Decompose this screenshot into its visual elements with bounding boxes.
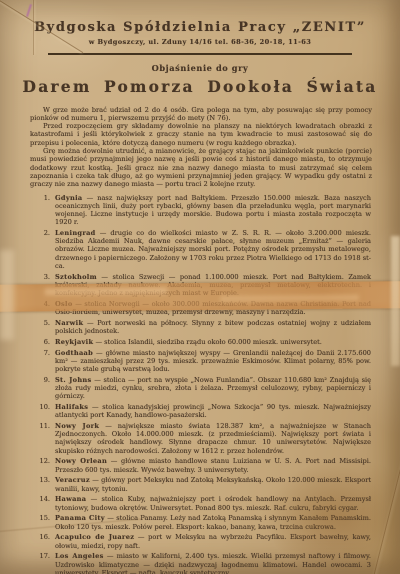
intro-paragraph-1: W grze może brać udział od 2 do 4 osób. … <box>30 106 372 123</box>
city-name: Nowy Orlean <box>55 457 107 465</box>
city-name: Hawana <box>55 495 86 503</box>
list-item: 5.Narwik — Port norweski na północy. Sły… <box>36 319 371 335</box>
city-name: Leningrad <box>55 229 96 237</box>
list-item: 7.Godthaab — główne miasto największej w… <box>36 349 371 374</box>
intro-paragraph-2: Przed rozpoczęciem gry składamy dowolnie… <box>30 122 372 147</box>
item-number: 14. <box>36 495 50 511</box>
document-subtitle: Objaśnienie do gry <box>0 63 400 73</box>
paper-stain <box>250 455 400 574</box>
item-number: 10. <box>36 403 50 419</box>
tape-highlight <box>220 295 359 302</box>
item-number: 2. <box>36 229 50 270</box>
item-text: — stolica Islandii, siedziba rządu około… <box>95 338 321 346</box>
item-text: — drugie co do wielkości miasto w Z. S. … <box>55 229 371 270</box>
city-name: Veracruz <box>55 476 90 484</box>
city-name: Reykjavik <box>55 338 93 346</box>
item-number: 13. <box>36 476 50 492</box>
item-number: 9. <box>36 376 50 401</box>
item-number: 7. <box>36 349 50 374</box>
list-item: 6.Reykjavik — stolica Islandii, siedziba… <box>36 338 371 346</box>
item-text: — stolica — port na wyspie „Nowa Funland… <box>55 376 371 400</box>
item-number: 6. <box>36 338 50 346</box>
torn-edge-left <box>0 250 14 340</box>
intro-paragraphs: W grze może brać udział od 2 do 4 osób. … <box>30 106 372 189</box>
city-name: Godthaab <box>55 349 93 357</box>
city-name: Halifaks <box>55 403 88 411</box>
item-text: — nasz największy port nad Bałtykiem. Pr… <box>55 194 371 227</box>
item-text: — największe miasto świata 128.387 km², … <box>55 422 371 455</box>
city-name: Gdynia <box>55 194 82 202</box>
item-text: — główne miasto największej wyspy — Gren… <box>55 349 371 373</box>
city-name: Nowy Jork <box>55 422 99 430</box>
item-number: 17. <box>36 552 50 574</box>
organization-name: Bydgoska Spółdzielnia Pracy „ZENIT” <box>0 20 400 35</box>
item-text: — Port norweski na północy. Słynny z bit… <box>55 319 371 335</box>
list-item: 9.St. Johns — stolica — port na wyspie „… <box>36 376 371 401</box>
intro-paragraph-3: Grę można dowolnie utrudnić, a mianowici… <box>30 147 372 188</box>
item-number: 1. <box>36 194 50 227</box>
city-name: Sztokholm <box>55 273 97 281</box>
city-name: Los Angeles <box>55 552 104 560</box>
city-name: Narwik <box>55 319 83 327</box>
item-number: 12. <box>36 457 50 473</box>
item-text: — stolica kanadyjskiej prowincji „Nowa S… <box>55 403 371 419</box>
game-title: Darem Pomorza Dookoła Świata <box>0 77 400 96</box>
city-name: Acapulco de Juarez <box>55 533 134 541</box>
item-number: 16. <box>36 533 50 549</box>
list-item: 11.Nowy Jork — największe miasto świata … <box>36 422 371 455</box>
horizontal-divider <box>48 53 352 55</box>
city-name: Panama City <box>55 514 105 522</box>
tape-highlight <box>45 287 167 295</box>
paper-crease <box>33 0 34 55</box>
item-number: 11. <box>36 422 50 455</box>
scanned-document: Bydgoska Spółdzielnia Pracy „ZENIT” w By… <box>0 0 400 574</box>
adhesive-tape-strip <box>0 281 400 312</box>
city-name: St. Johns <box>55 376 92 384</box>
item-number: 5. <box>36 319 50 335</box>
list-item: 2.Leningrad — drugie co do wielkości mia… <box>36 229 371 270</box>
list-item: 10.Halifaks — stolica kanadyjskiej prowi… <box>36 403 371 419</box>
list-item: 1.Gdynia — nasz największy port nad Bałt… <box>36 194 371 227</box>
torn-edge-right <box>391 236 400 366</box>
